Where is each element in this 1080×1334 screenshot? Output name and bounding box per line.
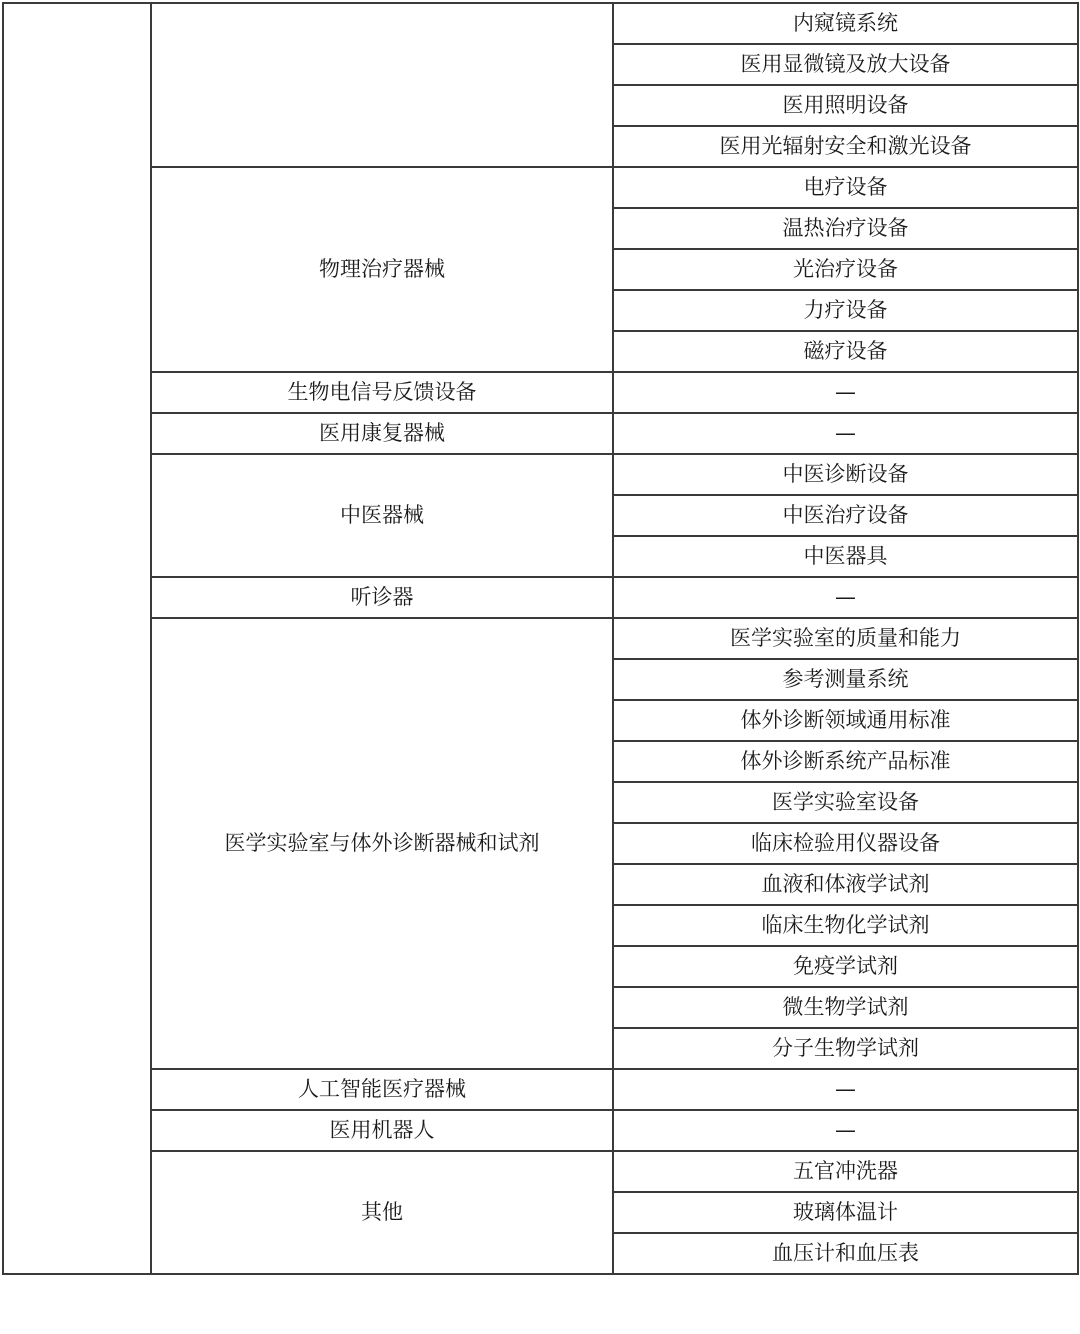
table-row: 生物电信号反馈设备 — (3, 372, 1078, 413)
category-cell: 听诊器 (151, 577, 613, 618)
table-row: 医学实验室与体外诊断器械和试剂 医学实验室的质量和能力 (3, 618, 1078, 659)
subcategory-cell: 力疗设备 (613, 290, 1078, 331)
subcategory-cell: 血液和体液学试剂 (613, 864, 1078, 905)
subcategory-cell: 中医治疗设备 (613, 495, 1078, 536)
subcategory-cell: 体外诊断系统产品标准 (613, 741, 1078, 782)
category-cell (151, 3, 613, 167)
subcategory-cell: 内窥镜系统 (613, 3, 1078, 44)
subcategory-cell: 血压计和血压表 (613, 1233, 1078, 1274)
table-row: 其他 五官冲洗器 (3, 1151, 1078, 1192)
category-cell: 物理治疗器械 (151, 167, 613, 372)
first-column-cell (3, 3, 151, 1274)
empty-dash-cell: — (613, 1110, 1078, 1151)
subcategory-cell: 中医器具 (613, 536, 1078, 577)
subcategory-cell: 医用光辐射安全和激光设备 (613, 126, 1078, 167)
category-cell: 医用机器人 (151, 1110, 613, 1151)
table-row: 中医器械 中医诊断设备 (3, 454, 1078, 495)
category-cell: 中医器械 (151, 454, 613, 577)
subcategory-cell: 免疫学试剂 (613, 946, 1078, 987)
subcategory-cell: 临床生物化学试剂 (613, 905, 1078, 946)
subcategory-cell: 电疗设备 (613, 167, 1078, 208)
table-row: 听诊器 — (3, 577, 1078, 618)
empty-dash-cell: — (613, 577, 1078, 618)
subcategory-cell: 中医诊断设备 (613, 454, 1078, 495)
subcategory-cell: 温热治疗设备 (613, 208, 1078, 249)
medical-device-standards-table: 内窥镜系统 医用显微镜及放大设备 医用照明设备 医用光辐射安全和激光设备 物理治… (2, 2, 1079, 1275)
subcategory-cell: 磁疗设备 (613, 331, 1078, 372)
category-cell: 医学实验室与体外诊断器械和试剂 (151, 618, 613, 1069)
empty-dash-cell: — (613, 1069, 1078, 1110)
subcategory-cell: 光治疗设备 (613, 249, 1078, 290)
subcategory-cell: 临床检验用仪器设备 (613, 823, 1078, 864)
subcategory-cell: 玻璃体温计 (613, 1192, 1078, 1233)
empty-dash-cell: — (613, 372, 1078, 413)
empty-dash-cell: — (613, 413, 1078, 454)
subcategory-cell: 体外诊断领域通用标准 (613, 700, 1078, 741)
table-row: 物理治疗器械 电疗设备 (3, 167, 1078, 208)
table-row: 内窥镜系统 (3, 3, 1078, 44)
category-cell: 医用康复器械 (151, 413, 613, 454)
table-row: 医用机器人 — (3, 1110, 1078, 1151)
subcategory-cell: 参考测量系统 (613, 659, 1078, 700)
subcategory-cell: 五官冲洗器 (613, 1151, 1078, 1192)
category-cell: 生物电信号反馈设备 (151, 372, 613, 413)
subcategory-cell: 分子生物学试剂 (613, 1028, 1078, 1069)
category-cell: 人工智能医疗器械 (151, 1069, 613, 1110)
subcategory-cell: 医用显微镜及放大设备 (613, 44, 1078, 85)
table-body: 内窥镜系统 医用显微镜及放大设备 医用照明设备 医用光辐射安全和激光设备 物理治… (3, 3, 1078, 1274)
subcategory-cell: 医用照明设备 (613, 85, 1078, 126)
subcategory-cell: 医学实验室的质量和能力 (613, 618, 1078, 659)
subcategory-cell: 医学实验室设备 (613, 782, 1078, 823)
category-cell: 其他 (151, 1151, 613, 1274)
standards-table-container: 内窥镜系统 医用显微镜及放大设备 医用照明设备 医用光辐射安全和激光设备 物理治… (2, 2, 1079, 1275)
table-row: 人工智能医疗器械 — (3, 1069, 1078, 1110)
subcategory-cell: 微生物学试剂 (613, 987, 1078, 1028)
table-row: 医用康复器械 — (3, 413, 1078, 454)
